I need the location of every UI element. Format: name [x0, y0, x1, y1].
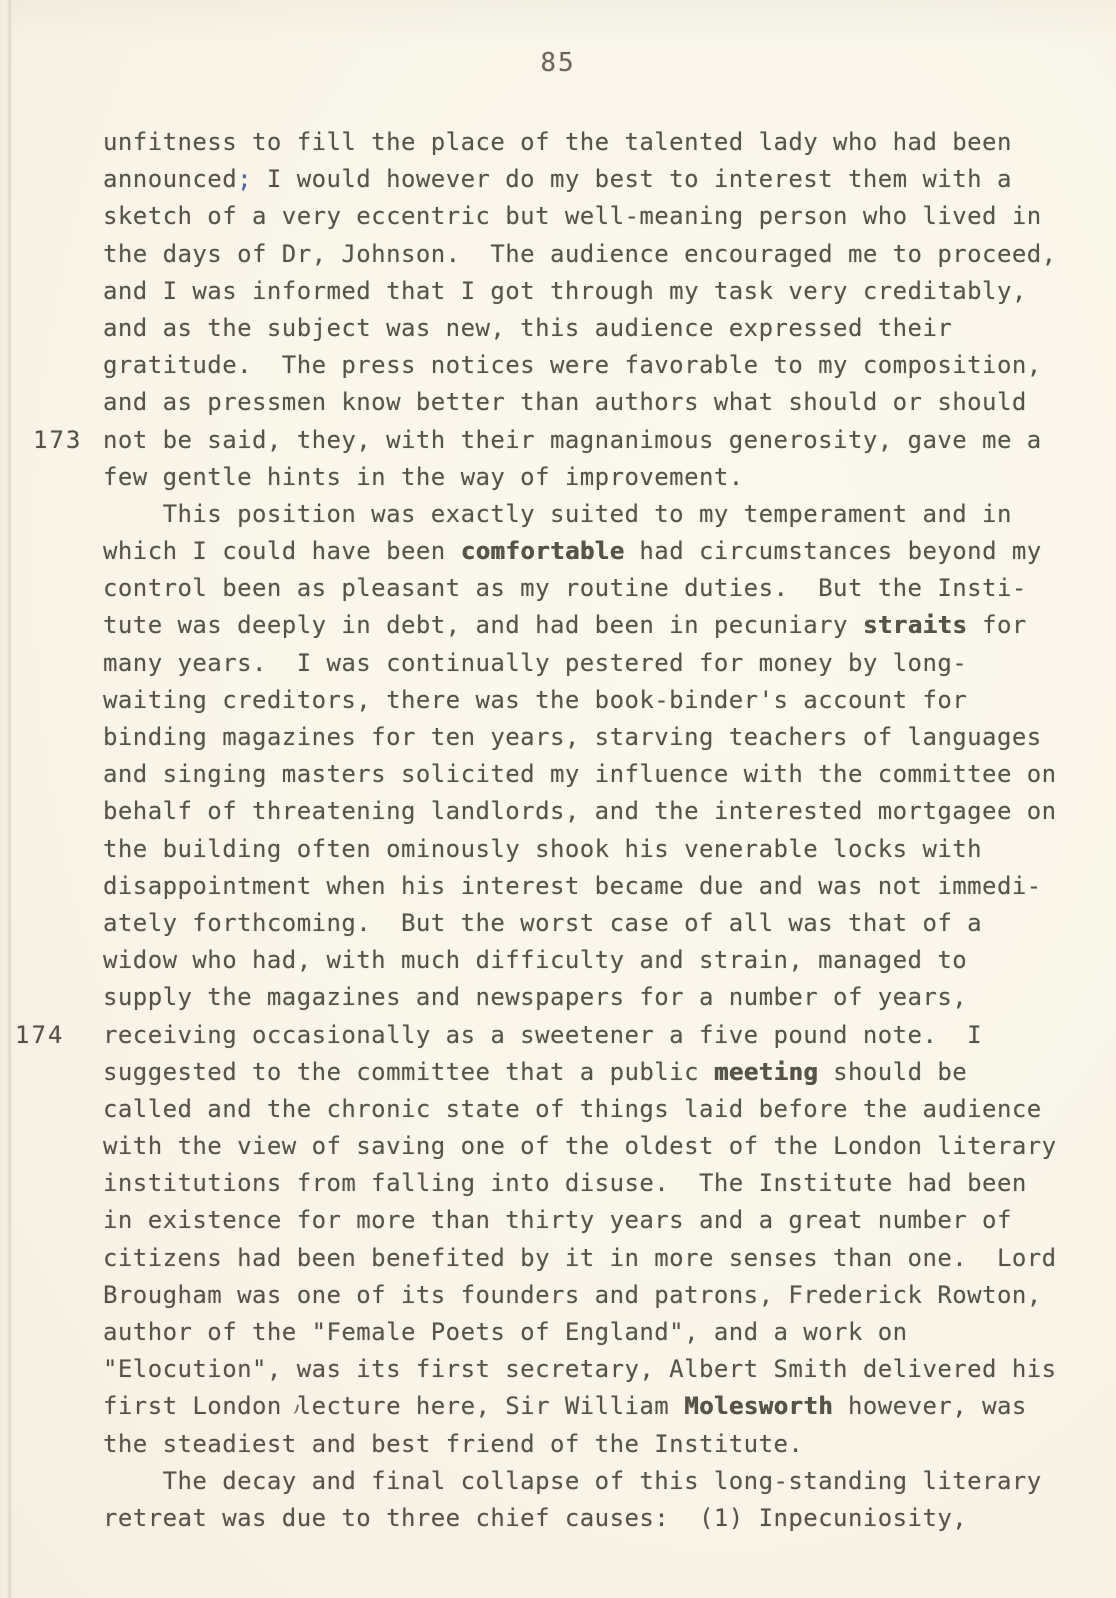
- text-line: widow who had, with much difficulty and …: [103, 942, 1057, 979]
- text-line: "Elocution", was its first secretary, Al…: [103, 1351, 1057, 1388]
- text-line: gratitude. The press notices were favora…: [103, 347, 1057, 384]
- text-line: few gentle hints in the way of improveme…: [103, 459, 1057, 496]
- text-line: disappointment when his interest became …: [103, 868, 1057, 905]
- text-line: unfitness to fill the place of the talen…: [103, 124, 1057, 161]
- text-line: waiting creditors, there was the book-bi…: [103, 682, 1057, 719]
- text-line: and I was informed that I got through my…: [103, 273, 1057, 310]
- text-line: control been as pleasant as my routine d…: [103, 570, 1057, 607]
- text-line: and singing masters solicited my influen…: [103, 756, 1057, 793]
- text-line: The decay and final collapse of this lon…: [103, 1463, 1057, 1500]
- text-line: author of the "Female Poets of England",…: [103, 1314, 1057, 1351]
- text-line: with the view of saving one of the oldes…: [103, 1128, 1057, 1165]
- page-number: 85: [0, 48, 1116, 78]
- text-line: suggested to the committee that a public…: [103, 1054, 1057, 1091]
- margin-number: 174: [15, 1017, 64, 1054]
- text-line: the days of Dr, Johnson. The audience en…: [103, 236, 1057, 273]
- text-line: Brougham was one of its founders and pat…: [103, 1277, 1057, 1314]
- text-line: and as the subject was new, this audienc…: [103, 310, 1057, 347]
- typewritten-page: 85 unfitness to fill the place of the ta…: [0, 0, 1116, 1598]
- text-line: announced; I would however do my best to…: [103, 161, 1057, 198]
- text-line: tute was deeply in debt, and had been in…: [103, 607, 1057, 644]
- text-line: ately forthcoming. But the worst case of…: [103, 905, 1057, 942]
- text-line: retreat was due to three chief causes: (…: [103, 1500, 1057, 1537]
- text-line: called and the chronic state of things l…: [103, 1091, 1057, 1128]
- text-line: which I could have been comfortable had …: [103, 533, 1057, 570]
- text-line: binding magazines for ten years, starvin…: [103, 719, 1057, 756]
- margin-number: 173: [33, 422, 82, 459]
- text-line: supply the magazines and newspapers for …: [103, 979, 1057, 1016]
- text-line: the building often ominously shook his v…: [103, 831, 1057, 868]
- text-line: institutions from falling into disuse. T…: [103, 1165, 1057, 1202]
- text-line: first London lecture here, Sir William M…: [103, 1388, 1057, 1425]
- text-line: This position was exactly suited to my t…: [103, 496, 1057, 533]
- text-line: and as pressmen know better than authors…: [103, 384, 1057, 421]
- text-line: many years. I was continually pestered f…: [103, 645, 1057, 682]
- text-line: the steadiest and best friend of the Ins…: [103, 1426, 1057, 1463]
- text-line: in existence for more than thirty years …: [103, 1202, 1057, 1239]
- text-line: sketch of a very eccentric but well-mean…: [103, 198, 1057, 235]
- text-line: not be said, they, with their magnanimou…: [103, 422, 1057, 459]
- text-line: behalf of threatening landlords, and the…: [103, 793, 1057, 830]
- text-line: receiving occasionally as a sweetener a …: [103, 1017, 1057, 1054]
- text-line: citizens had been benefited by it in mor…: [103, 1240, 1057, 1277]
- text-lines: unfitness to fill the place of the talen…: [103, 124, 1057, 1537]
